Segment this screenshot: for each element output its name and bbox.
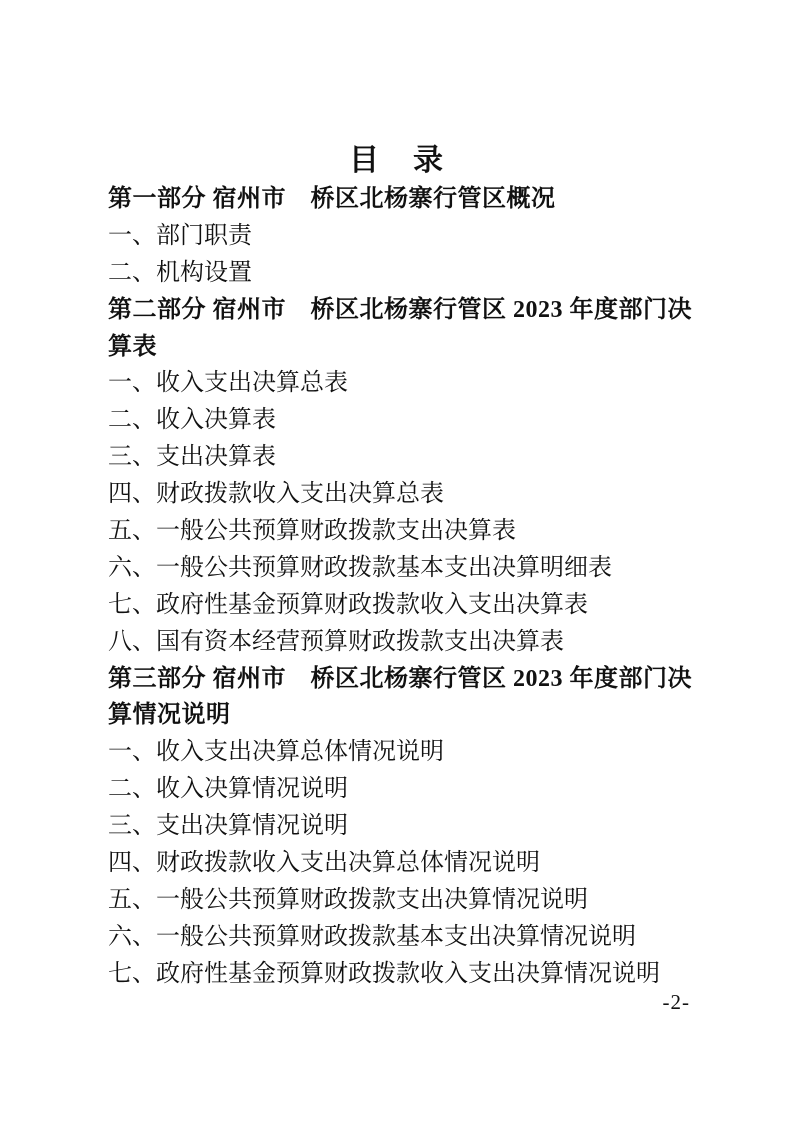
toc-item: 二、收入决算情况说明 (108, 771, 690, 808)
toc-item: 七、政府性基金预算财政拨款收入支出决算表 (108, 587, 690, 624)
toc-item: 五、一般公共预算财政拨款支出决算表 (108, 513, 690, 550)
toc-item: 四、财政拨款收入支出决算总体情况说明 (108, 845, 690, 882)
toc-item: 三、支出决算情况说明 (108, 808, 690, 845)
toc-item: 四、财政拨款收入支出决算总表 (108, 476, 690, 513)
toc-item: 五、一般公共预算财政拨款支出决算情况说明 (108, 882, 690, 919)
toc-item: 一、部门职责 (108, 218, 690, 255)
toc-item: 二、机构设置 (108, 255, 690, 292)
section-3-heading-line-2: 算情况说明 (108, 697, 690, 734)
page-title: 目 录 (106, 141, 688, 181)
toc-item: 八、国有资本经营预算财政拨款支出决算表 (108, 624, 690, 661)
section-2-heading-line-2: 算表 (108, 329, 690, 366)
section-3-heading-line-1: 第三部分 宿州市 桥区北杨寨行管区 2023 年度部门决 (108, 661, 690, 698)
table-of-contents: 第一部分 宿州市 桥区北杨寨行管区概况 一、部门职责 二、机构设置 第二部分 宿… (108, 181, 690, 993)
section-2-heading-line-1: 第二部分 宿州市 桥区北杨寨行管区 2023 年度部门决 (108, 292, 690, 329)
document-page: 目 录 第一部分 宿州市 桥区北杨寨行管区概况 一、部门职责 二、机构设置 第二… (0, 0, 794, 1122)
toc-item: 六、一般公共预算财政拨款基本支出决算明细表 (108, 550, 690, 587)
toc-item: 三、支出决算表 (108, 439, 690, 476)
toc-item: 一、收入支出决算总表 (108, 365, 690, 402)
toc-item: 六、一般公共预算财政拨款基本支出决算情况说明 (108, 919, 690, 956)
page-number: -2- (108, 988, 690, 1016)
toc-item: 二、收入决算表 (108, 402, 690, 439)
section-1-heading: 第一部分 宿州市 桥区北杨寨行管区概况 (108, 181, 690, 218)
toc-item: 一、收入支出决算总体情况说明 (108, 734, 690, 771)
